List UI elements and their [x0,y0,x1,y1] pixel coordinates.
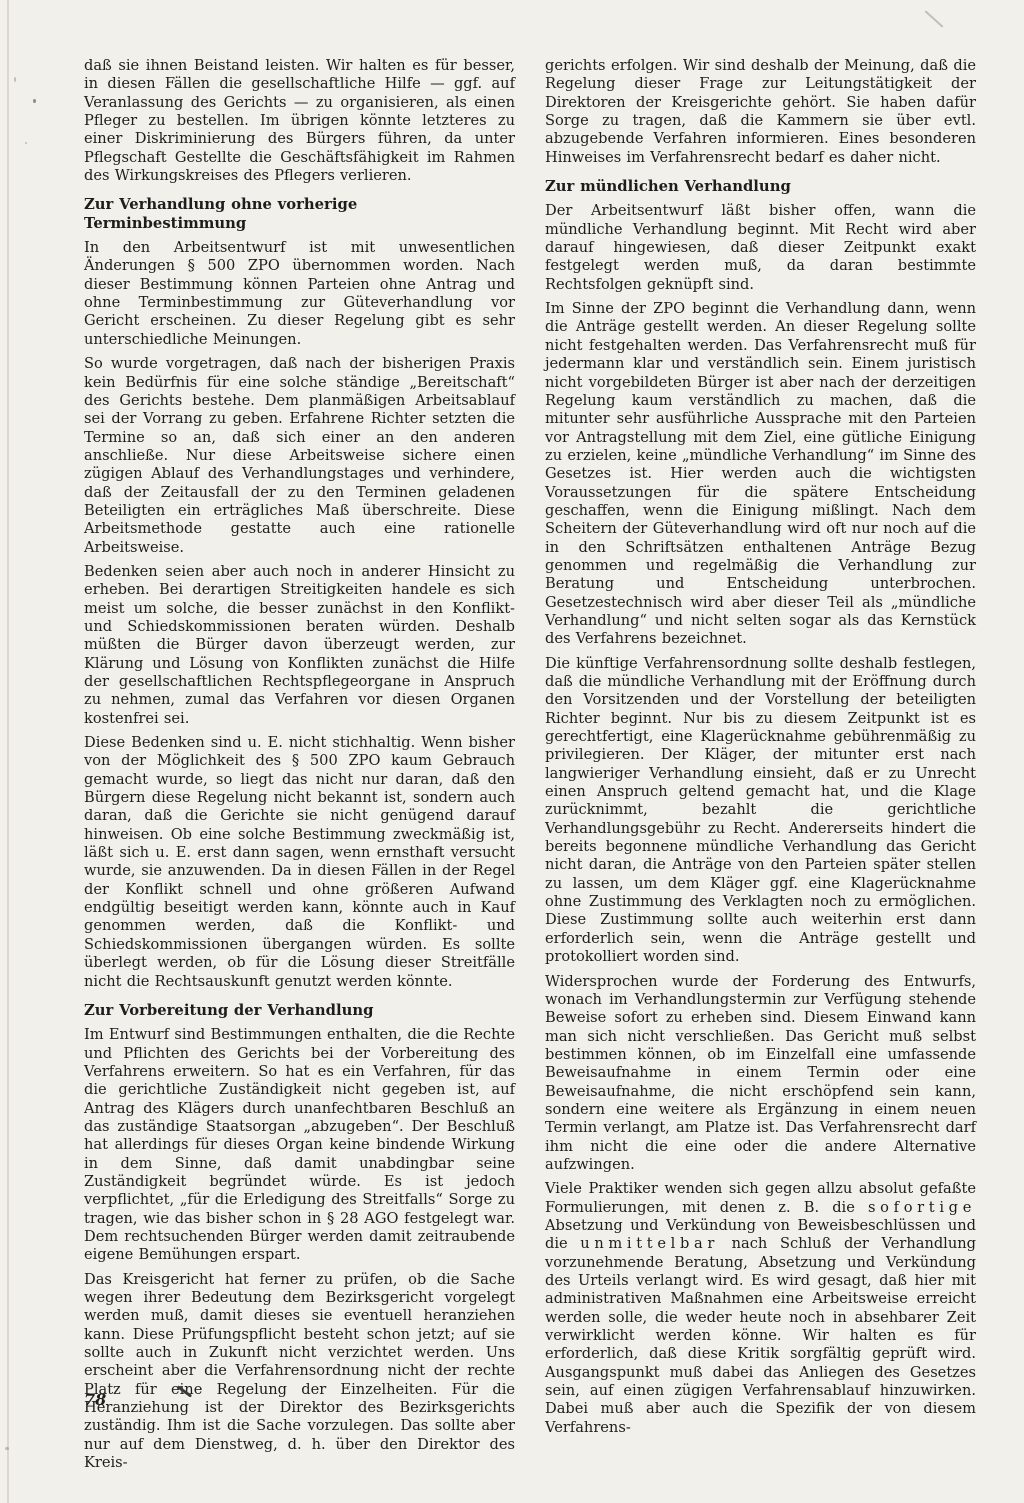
scan-speck [129,1426,132,1429]
scan-speck [14,77,16,82]
paragraph: Der Arbeitsentwurf läßt bisher offen, wa… [545,202,976,294]
section-heading: Zur Verhandlung ohne vorherige Terminbes… [84,196,515,233]
scan-speck [5,1447,9,1450]
paragraph: In den Arbeitsentwurf ist mit unwesentli… [84,239,515,349]
paragraph: Das Kreisgericht hat ferner zu prüfen, o… [84,1271,515,1473]
section-heading: Zur Vorbereitung der Verhandlung [84,1002,515,1020]
right-column: gerichts erfolgen. Wir sind deshalb der … [545,57,976,1472]
paragraph: Die künftige Verfahrensordnung sollte de… [545,655,976,967]
two-column-text-area: daß sie ihnen Beistand leisten. Wir halt… [0,0,1024,1472]
scan-speck [25,142,27,144]
paragraph: So wurde vorgetragen, daß nach der bishe… [84,355,515,557]
paragraph: Viele Praktiker wenden sich gegen allzu … [545,1180,976,1437]
paragraph: gerichts erfolgen. Wir sind deshalb der … [545,57,976,167]
paragraph: Im Entwurf sind Bestimmungen enthalten, … [84,1026,515,1264]
section-heading: Zur mündlichen Verhandlung [545,178,976,196]
document-page: daß sie ihnen Beistand leisten. Wir halt… [0,0,1024,1503]
paragraph: Widersprochen wurde der Forderung des En… [545,973,976,1175]
paragraph: Bedenken seien aber auch noch in anderer… [84,563,515,728]
scan-edge-line [7,0,9,1503]
scan-speck [33,99,36,103]
paragraph: Im Sinne der ZPO beginnt die Verhandlung… [545,300,976,649]
page-number: 78 [84,1390,106,1409]
paragraph: Diese Bedenken sind u. E. nicht stichhal… [84,734,515,991]
left-column: daß sie ihnen Beistand leisten. Wir halt… [84,57,515,1472]
paragraph: daß sie ihnen Beistand leisten. Wir halt… [84,57,515,185]
